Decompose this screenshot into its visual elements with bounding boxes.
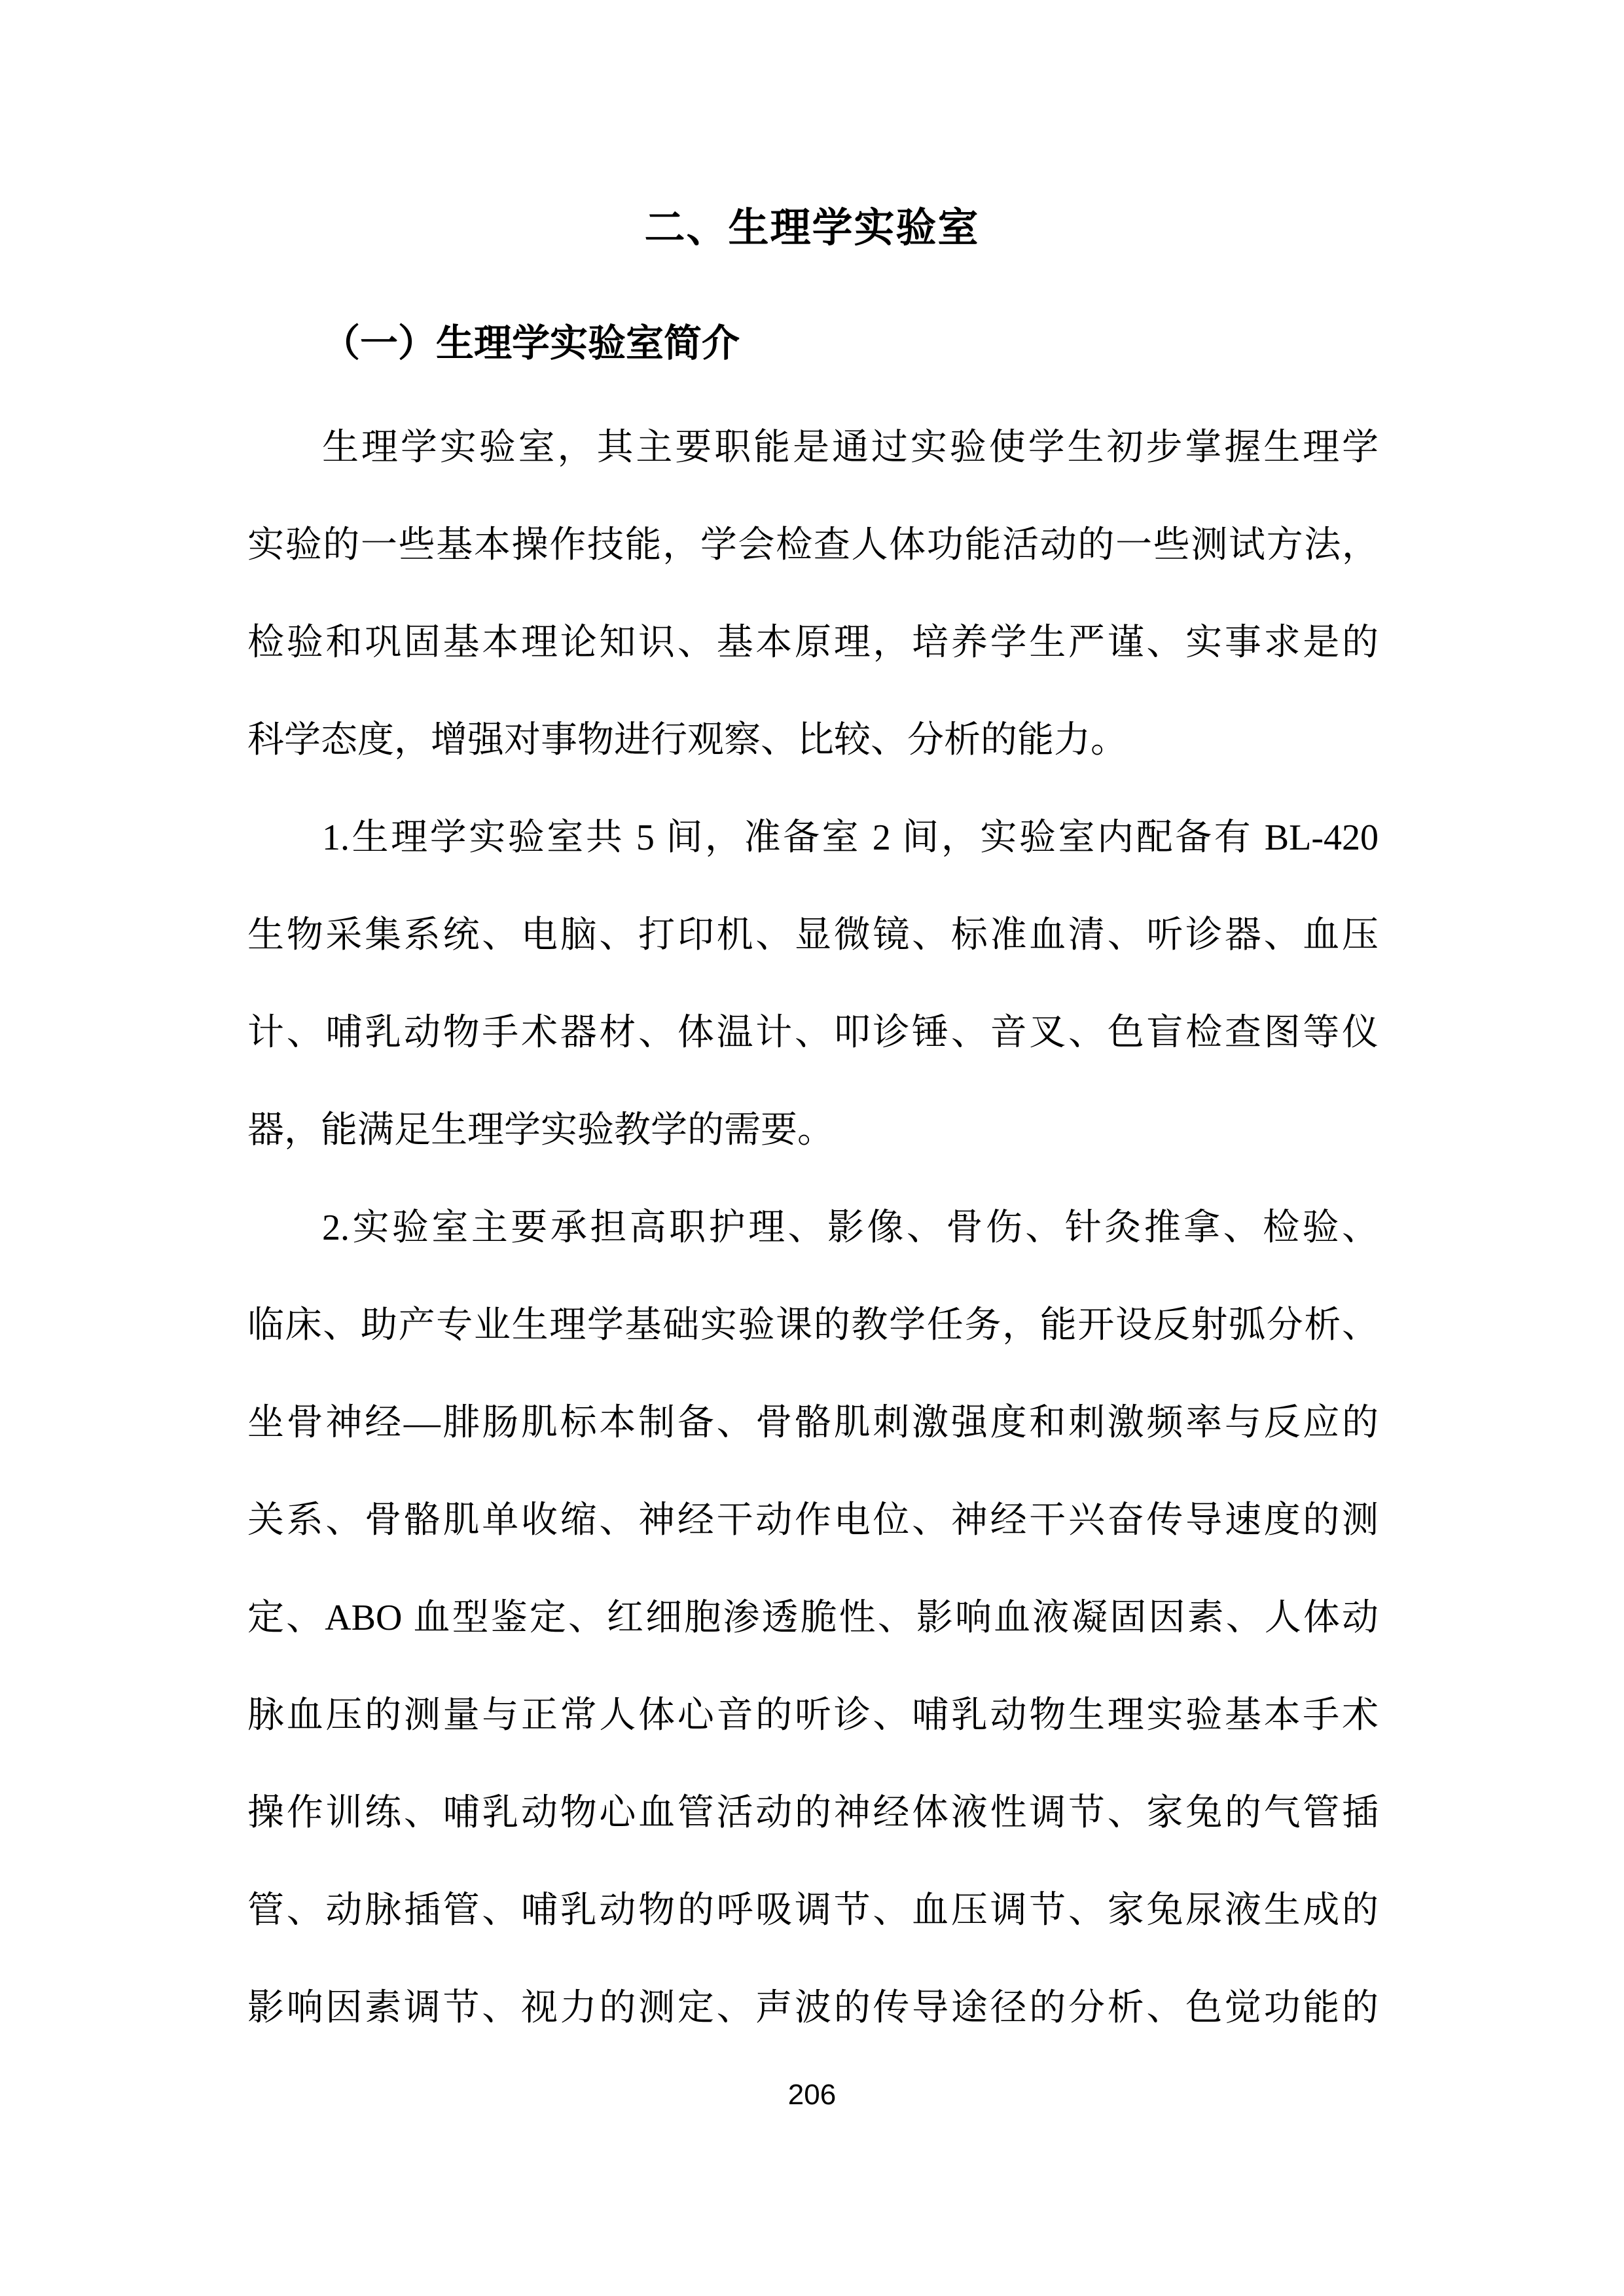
paragraph-line: 实验的一些基本操作技能，学会检查人体功能活动的一些测试方法， <box>247 497 1379 594</box>
page-number: 206 <box>0 2078 1624 2112</box>
paragraph-line: 关系、骨骼肌单收缩、神经干动作电位、神经干兴奋传导速度的测 <box>247 1472 1379 1570</box>
page-title: 二、生理学实验室 <box>0 204 1624 253</box>
section-heading: （一）生理学实验室简介 <box>322 319 740 368</box>
paragraph-line: 1.生理学实验室共 5 间，准备室 2 间，实验室内配备有 BL-420 <box>247 789 1379 887</box>
paragraph-line: 生物采集系统、电脑、打印机、显微镜、标准血清、听诊器、血压 <box>247 887 1379 984</box>
paragraph-line: 定、ABO 血型鉴定、红细胞渗透脆性、影响血液凝固因素、人体动 <box>247 1570 1379 1667</box>
body-text: 生理学实验室，其主要职能是通过实验使学生初步掌握生理学 实验的一些基本操作技能，… <box>247 399 1379 2057</box>
paragraph-line: 科学态度，增强对事物进行观察、比较、分析的能力。 <box>247 692 1379 789</box>
paragraph-line: 器，能满足生理学实验教学的需要。 <box>247 1082 1379 1179</box>
paragraph-line: 坐骨神经—腓肠肌标本制备、骨骼肌刺激强度和刺激频率与反应的 <box>247 1374 1379 1472</box>
paragraph-line: 临床、助产专业生理学基础实验课的教学任务，能开设反射弧分析、 <box>247 1277 1379 1374</box>
paragraph-line: 2.实验室主要承担高职护理、影像、骨伤、针灸推拿、检验、 <box>247 1179 1379 1277</box>
paragraph-line: 计、哺乳动物手术器材、体温计、叩诊锤、音叉、色盲检查图等仪 <box>247 984 1379 1082</box>
paragraph-line: 生理学实验室，其主要职能是通过实验使学生初步掌握生理学 <box>247 399 1379 497</box>
document-page: 二、生理学实验室 （一）生理学实验室简介 生理学实验室，其主要职能是通过实验使学… <box>0 0 1624 2296</box>
paragraph-line: 脉血压的测量与正常人体心音的听诊、哺乳动物生理实验基本手术 <box>247 1667 1379 1765</box>
paragraph-line: 检验和巩固基本理论知识、基本原理，培养学生严谨、实事求是的 <box>247 594 1379 692</box>
paragraph-line: 管、动脉插管、哺乳动物的呼吸调节、血压调节、家兔尿液生成的 <box>247 1862 1379 1960</box>
paragraph-line: 影响因素调节、视力的测定、声波的传导途径的分析、色觉功能的 <box>247 1960 1379 2057</box>
paragraph-line: 操作训练、哺乳动物心血管活动的神经体液性调节、家兔的气管插 <box>247 1765 1379 1862</box>
